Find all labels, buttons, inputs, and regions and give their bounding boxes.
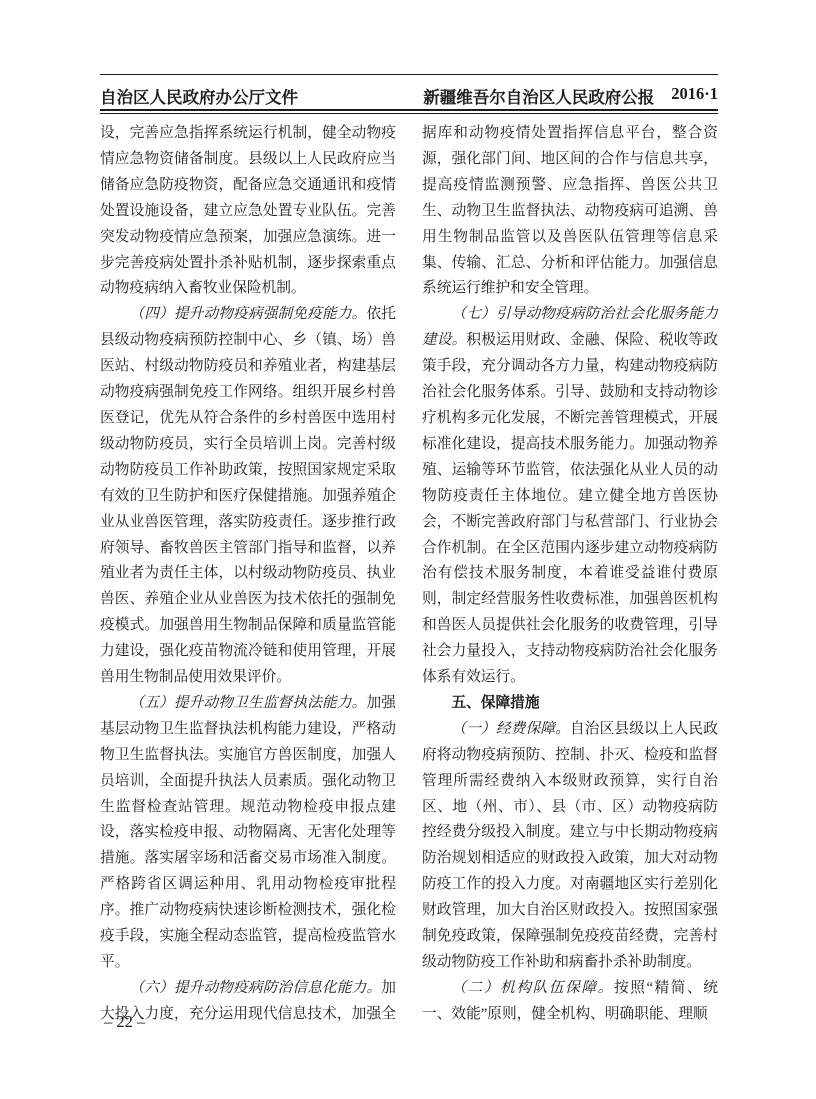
header-double-rule [100,109,718,114]
item-heading-run: （四）提升动物疫病强制免疫能力。 [129,306,366,322]
body-text-run: 加强基层动物卫生监督执法机构能力建设，严格动物卫生监督执法。实施官方兽医制度，加… [100,695,396,970]
body-text-run: 据库和动物疫情处置指挥信息平台，整合资源，强化部门间、地区间的合作与信息共享，提… [422,125,718,296]
paragraph: 五、保障措施 [422,691,718,717]
document-page: 自治区人民政府办公厅文件 新疆维吾尔自治区人民政府公报 2016·1 设，完善应… [0,0,816,1099]
header-right-title: 新疆维吾尔自治区人民政府公报 [423,84,654,108]
page-header: 自治区人民政府办公厅文件 新疆维吾尔自治区人民政府公报 2016·1 [100,84,718,108]
left-column: 设，完善应急指挥系统运行机制，健全动物疫情应急物资储备制度。县级以上人民政府应当… [100,121,396,1031]
header-right-group: 新疆维吾尔自治区人民政府公报 2016·1 [423,84,718,108]
body-text-run: 积极运用财政、金融、保险、税收等政策手段，充分调动各方力量，构建动物疫病防治社会… [422,332,718,685]
paragraph: （五）提升动物卫生监督执法能力。加强基层动物卫生监督执法机构能力建设，严格动物卫… [100,691,396,976]
header-issue-number: 2016·1 [671,84,718,108]
header-top-rule [100,74,718,75]
page-number: – 22 – [104,1012,145,1032]
item-heading-run: （五）提升动物卫生监督执法能力。 [129,695,366,711]
item-heading-run: （六）提升动物疫病防治信息化能力。 [129,980,381,996]
paragraph: 设，完善应急指挥系统运行机制，健全动物疫情应急物资储备制度。县级以上人民政府应当… [100,121,396,302]
paragraph: （一）经费保障。自治区县级以上人民政府将动物疫病预防、控制、扑灭、检疫和监督管理… [422,717,718,976]
item-heading-run: （一）经费保障。 [451,721,570,737]
body-text-run: 依托县级动物疫病预防控制中心、乡（镇、场）兽医站、村级动物防疫员和养殖业者，构建… [100,306,396,685]
paragraph: （四）提升动物疫病强制免疫能力。依托县级动物疫病预防控制中心、乡（镇、场）兽医站… [100,302,396,691]
body-text-run: 设，完善应急指挥系统运行机制，健全动物疫情应急物资储备制度。县级以上人民政府应当… [100,125,396,296]
paragraph: （七）引导动物疫病防治社会化服务能力建设。积极运用财政、金融、保险、税收等政策手… [422,302,718,691]
section-heading-run: 五、保障措施 [451,695,539,711]
body-text-run: 自治区县级以上人民政府将动物疫病预防、控制、扑灭、检疫和监督管理所需经费纳入本级… [422,721,718,970]
item-heading-run: （二）机构队伍保障。 [451,980,614,996]
paragraph: 据库和动物疫情处置指挥信息平台，整合资源，强化部门间、地区间的合作与信息共享，提… [422,121,718,302]
header-left-title: 自治区人民政府办公厅文件 [100,84,298,108]
right-column: 据库和动物疫情处置指挥信息平台，整合资源，强化部门间、地区间的合作与信息共享，提… [422,121,718,1031]
body-columns: 设，完善应急指挥系统运行机制，健全动物疫情应急物资储备制度。县级以上人民政府应当… [100,121,718,1031]
paragraph: （二）机构队伍保障。按照“精简、统一、效能”原则，健全机构、明确职能、理顺 [422,976,718,1028]
